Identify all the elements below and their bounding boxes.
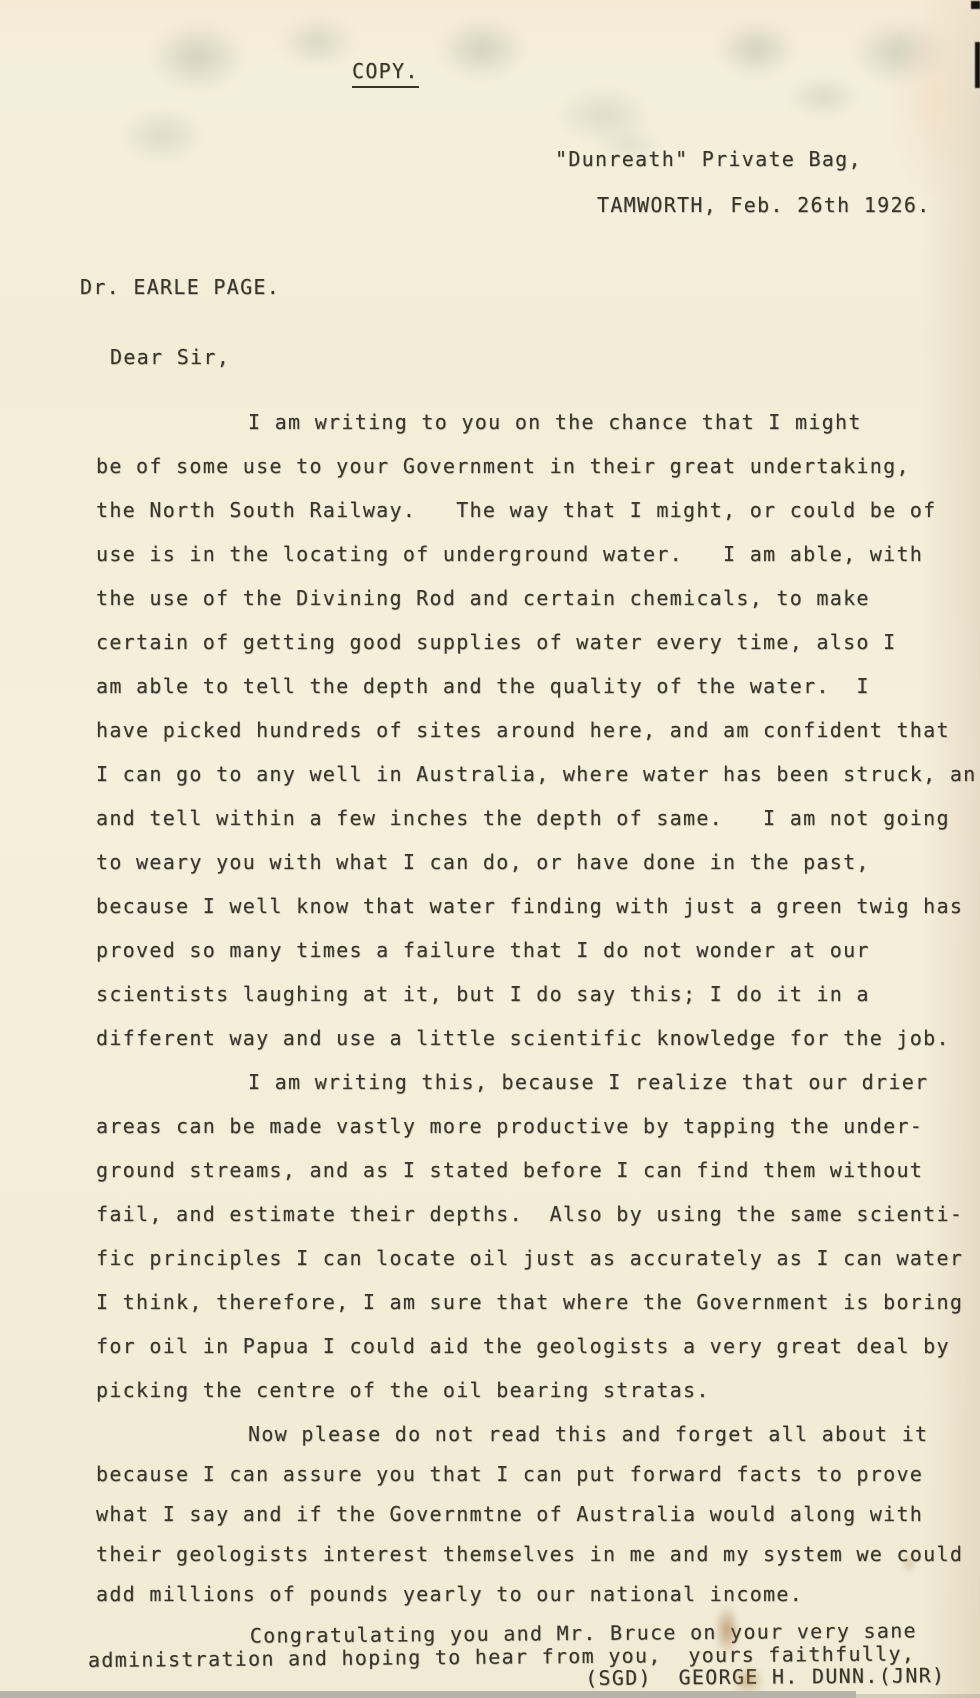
scan-bottom-strip — [0, 1691, 856, 1698]
scan-bottom-strip — [856, 1694, 980, 1698]
scan-edge-artifact — [971, 1, 980, 9]
closing-block: Congratulating you and Mr. Bruce on your… — [0, 0, 980, 1698]
signature-line: (SGD) GEORGE H. DUNN.(JNR) — [585, 1662, 945, 1691]
letter-page: COPY. "Dunreath" Private Bag, TAMWORTH, … — [0, 0, 980, 1698]
scan-edge-artifact — [975, 42, 980, 88]
